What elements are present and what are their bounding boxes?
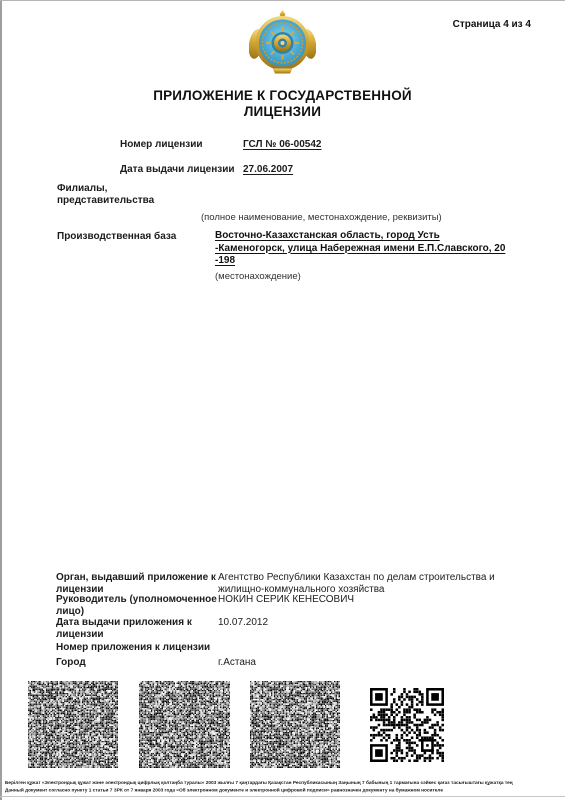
license-date-value: 27.06.2007 (243, 164, 293, 176)
scan-edge-top-line (0, 0, 565, 1)
qr-code (370, 688, 444, 762)
production-base-caption: (местонахождение) (215, 271, 301, 282)
production-base-value: Восточно-Казахстанская область, город Ус… (215, 230, 550, 268)
issuing-authority-label: Орган, выдавший приложение к лицензии (56, 572, 228, 595)
emblem-shanyrak-core (281, 41, 285, 45)
document-title: ПРИЛОЖЕНИЕ К ГОСУДАРСТВЕННОЙ ЛИЦЕНЗИИ (0, 88, 565, 119)
coat-of-arms-graphic (249, 10, 316, 74)
license-date-label: Дата выдачи лицензии (120, 164, 235, 176)
issuing-authority-value: Агентство Республики Казахстан по делам … (218, 572, 538, 595)
license-number-label: Номер лицензии (120, 139, 203, 151)
attachment-number-label: Номер приложения к лицензии (56, 642, 256, 654)
legal-footer-line-kk: Берілген құжат «Электрондық құжат және э… (5, 779, 565, 787)
scan-edge-bottom-line (0, 796, 565, 797)
license-document-page: Страница 4 из 4 (0, 0, 565, 800)
production-base-label: Производственная база (57, 231, 217, 243)
datamatrix-barcode-3 (250, 681, 340, 768)
datamatrix-barcode-2 (139, 681, 230, 768)
city-value: г.Астана (218, 657, 538, 669)
coat-of-arms-emblem (249, 10, 316, 74)
page-indicator: Страница 4 из 4 (453, 19, 531, 30)
head-value: НОКИН СЕРИК КЕНЕСОВИЧ (218, 594, 538, 606)
legal-footer-line-ru: Данный документ согласно пункту 1 статьи… (5, 787, 565, 795)
branches-caption: (полное наименование, местонахождение, р… (201, 212, 442, 223)
datamatrix-barcode-1 (28, 681, 118, 768)
attachment-issue-date-label: Дата выдачи приложения к лицензии (56, 617, 228, 640)
city-label: Город (56, 657, 228, 669)
branches-label: Филиалы, представительства (57, 183, 217, 206)
attachment-issue-date-value: 10.07.2012 (218, 617, 538, 629)
scan-edge-left-line (0, 0, 2, 800)
license-number-value: ГСЛ № 06-00542 (243, 139, 322, 151)
head-label: Руководитель (уполномоченное лицо) (56, 594, 228, 617)
emblem-base-banner (273, 69, 293, 74)
legal-footer: Берілген құжат «Электрондық құжат және э… (5, 779, 565, 795)
